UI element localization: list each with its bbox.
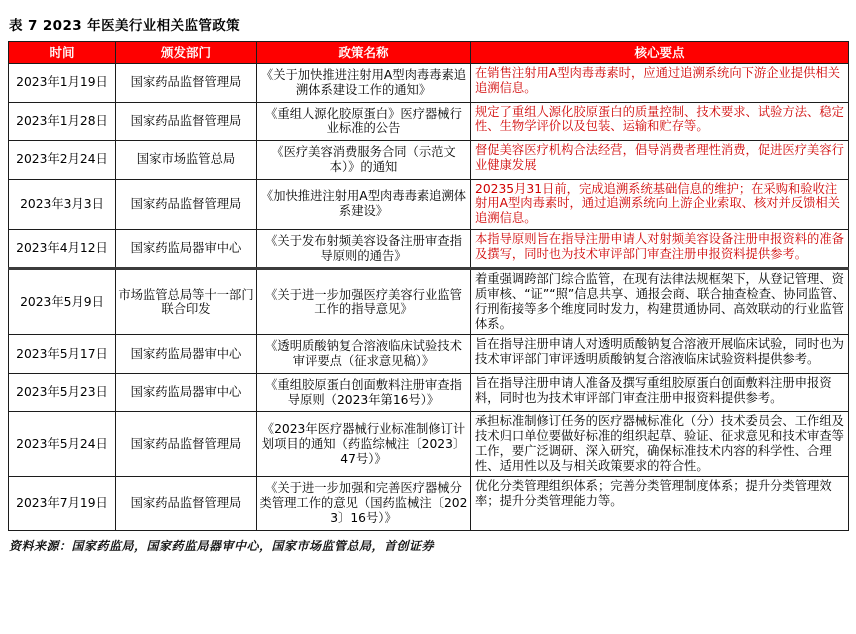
- cell-department: 国家药品监督管理局: [116, 179, 257, 229]
- cell-core-points: 优化分类管理组织体系；完善分类管理制度体系；提升分类管理效率；提升分类管理能力等…: [471, 477, 849, 530]
- column-header-core-points: 核心要点: [471, 42, 849, 64]
- cell-core-points: 旨在指导注册申请人对透明质酸钠复合溶液开展临床试验，同时也为技术审评部门审评透明…: [471, 335, 849, 374]
- table-row: 2023年5月9日市场监管总局等十一部门联合印发《关于进一步加强医疗美容行业监管…: [9, 269, 849, 335]
- table-row: 2023年2月24日国家市场监管总局《医疗美容消费服务合同（示范文本）》的通知督…: [9, 141, 849, 180]
- cell-department: 国家药监局器审中心: [116, 335, 257, 374]
- cell-policy-name: 《重组胶原蛋白创面敷料注册审查指导原则（2023年第16号）》: [257, 373, 471, 412]
- cell-date: 2023年5月24日: [9, 412, 116, 477]
- cell-department: 国家药品监督管理局: [116, 477, 257, 530]
- cell-core-points: 着重强调跨部门综合监管，在现有法律法规框架下，从登记管理、资质审核、“证”“照”…: [471, 269, 849, 335]
- cell-date: 2023年5月17日: [9, 335, 116, 374]
- cell-policy-name: 《关于加快推进注射用A型肉毒毒素追溯体系建设工作的通知》: [257, 64, 471, 103]
- table-header-row: 时间 颁发部门 政策名称 核心要点: [9, 42, 849, 64]
- column-header-time: 时间: [9, 42, 116, 64]
- column-header-policy-name: 政策名称: [257, 42, 471, 64]
- table-row: 2023年5月24日国家药品监督管理局《2023年医疗器械行业标准制修订计划项目…: [9, 412, 849, 477]
- cell-core-points: 旨在指导注册申请人准备及撰写重组胶原蛋白创面敷料注册申报资料，同时也为技术审评部…: [471, 373, 849, 412]
- cell-core-points: 本指导原则旨在指导注册申请人对射频美容设备注册申报资料的准备及撰写，同时也为技术…: [471, 229, 849, 269]
- cell-core-points: 承担标准制修订任务的医疗器械标准化（分）技术委员会、工作组及技术归口单位要做好标…: [471, 412, 849, 477]
- table-row: 2023年3月3日国家药品监督管理局《加快推进注射用A型肉毒毒素追溯体系建设》2…: [9, 179, 849, 229]
- cell-department: 国家市场监管总局: [116, 141, 257, 180]
- cell-core-points: 规定了重组人源化胶原蛋白的质量控制、技术要求、试验方法、稳定性、生物学评价以及包…: [471, 102, 849, 141]
- cell-date: 2023年3月3日: [9, 179, 116, 229]
- table-row: 2023年1月28日国家药品监督管理局《重组人源化胶原蛋白》医疗器械行业标准的公…: [9, 102, 849, 141]
- cell-core-points: 在销售注射用A型肉毒毒素时，应通过追溯系统向下游企业提供相关追溯信息。: [471, 64, 849, 103]
- cell-date: 2023年2月24日: [9, 141, 116, 180]
- cell-policy-name: 《关于发布射频美容设备注册审查指导原则的通告》: [257, 229, 471, 269]
- table-body: 2023年1月19日国家药品监督管理局《关于加快推进注射用A型肉毒毒素追溯体系建…: [9, 64, 849, 531]
- cell-date: 2023年4月12日: [9, 229, 116, 269]
- cell-policy-name: 《透明质酸钠复合溶液临床试验技术审评要点（征求意见稿）》: [257, 335, 471, 374]
- table-row: 2023年1月19日国家药品监督管理局《关于加快推进注射用A型肉毒毒素追溯体系建…: [9, 64, 849, 103]
- cell-department: 国家药品监督管理局: [116, 102, 257, 141]
- cell-policy-name: 《重组人源化胶原蛋白》医疗器械行业标准的公告: [257, 102, 471, 141]
- table-row: 2023年4月12日国家药监局器审中心《关于发布射频美容设备注册审查指导原则的通…: [9, 229, 849, 269]
- table-title: 表 7 2023 年医美行业相关监管政策: [9, 14, 848, 34]
- cell-policy-name: 《2023年医疗器械行业标准制修订计划项目的通知（药监综械注〔2023〕47号）…: [257, 412, 471, 477]
- cell-date: 2023年1月19日: [9, 64, 116, 103]
- cell-core-points: 20235月31日前，完成追溯系统基础信息的维护；在采购和验收注射用A型肉毒素时…: [471, 179, 849, 229]
- cell-policy-name: 《医疗美容消费服务合同（示范文本）》的通知: [257, 141, 471, 180]
- cell-date: 2023年5月23日: [9, 373, 116, 412]
- cell-policy-name: 《关于进一步加强医疗美容行业监管工作的指导意见》: [257, 269, 471, 335]
- cell-date: 2023年7月19日: [9, 477, 116, 530]
- cell-policy-name: 《加快推进注射用A型肉毒毒素追溯体系建设》: [257, 179, 471, 229]
- source-note: 资料来源：国家药监局，国家药监局器审中心，国家市场监管总局，首创证券: [9, 537, 848, 554]
- table-row: 2023年5月23日国家药监局器审中心《重组胶原蛋白创面敷料注册审查指导原则（2…: [9, 373, 849, 412]
- cell-department: 国家药监局器审中心: [116, 373, 257, 412]
- cell-date: 2023年5月9日: [9, 269, 116, 335]
- table-row: 2023年5月17日国家药监局器审中心《透明质酸钠复合溶液临床试验技术审评要点（…: [9, 335, 849, 374]
- cell-department: 国家药监局器审中心: [116, 229, 257, 269]
- policy-table: 时间 颁发部门 政策名称 核心要点 2023年1月19日国家药品监督管理局《关于…: [8, 41, 849, 531]
- cell-core-points: 督促美容医疗机构合法经营，倡导消费者理性消费，促进医疗美容行业健康发展: [471, 141, 849, 180]
- table-row: 2023年7月19日国家药品监督管理局《关于进一步加强和完善医疗器械分类管理工作…: [9, 477, 849, 530]
- cell-department: 国家药品监督管理局: [116, 64, 257, 103]
- cell-policy-name: 《关于进一步加强和完善医疗器械分类管理工作的意见（国药监械注〔2023〕16号）…: [257, 477, 471, 530]
- cell-date: 2023年1月28日: [9, 102, 116, 141]
- cell-department: 国家药品监督管理局: [116, 412, 257, 477]
- cell-department: 市场监管总局等十一部门联合印发: [116, 269, 257, 335]
- report-table-section: 表 7 2023 年医美行业相关监管政策 时间 颁发部门 政策名称 核心要点 2…: [0, 0, 856, 554]
- column-header-department: 颁发部门: [116, 42, 257, 64]
